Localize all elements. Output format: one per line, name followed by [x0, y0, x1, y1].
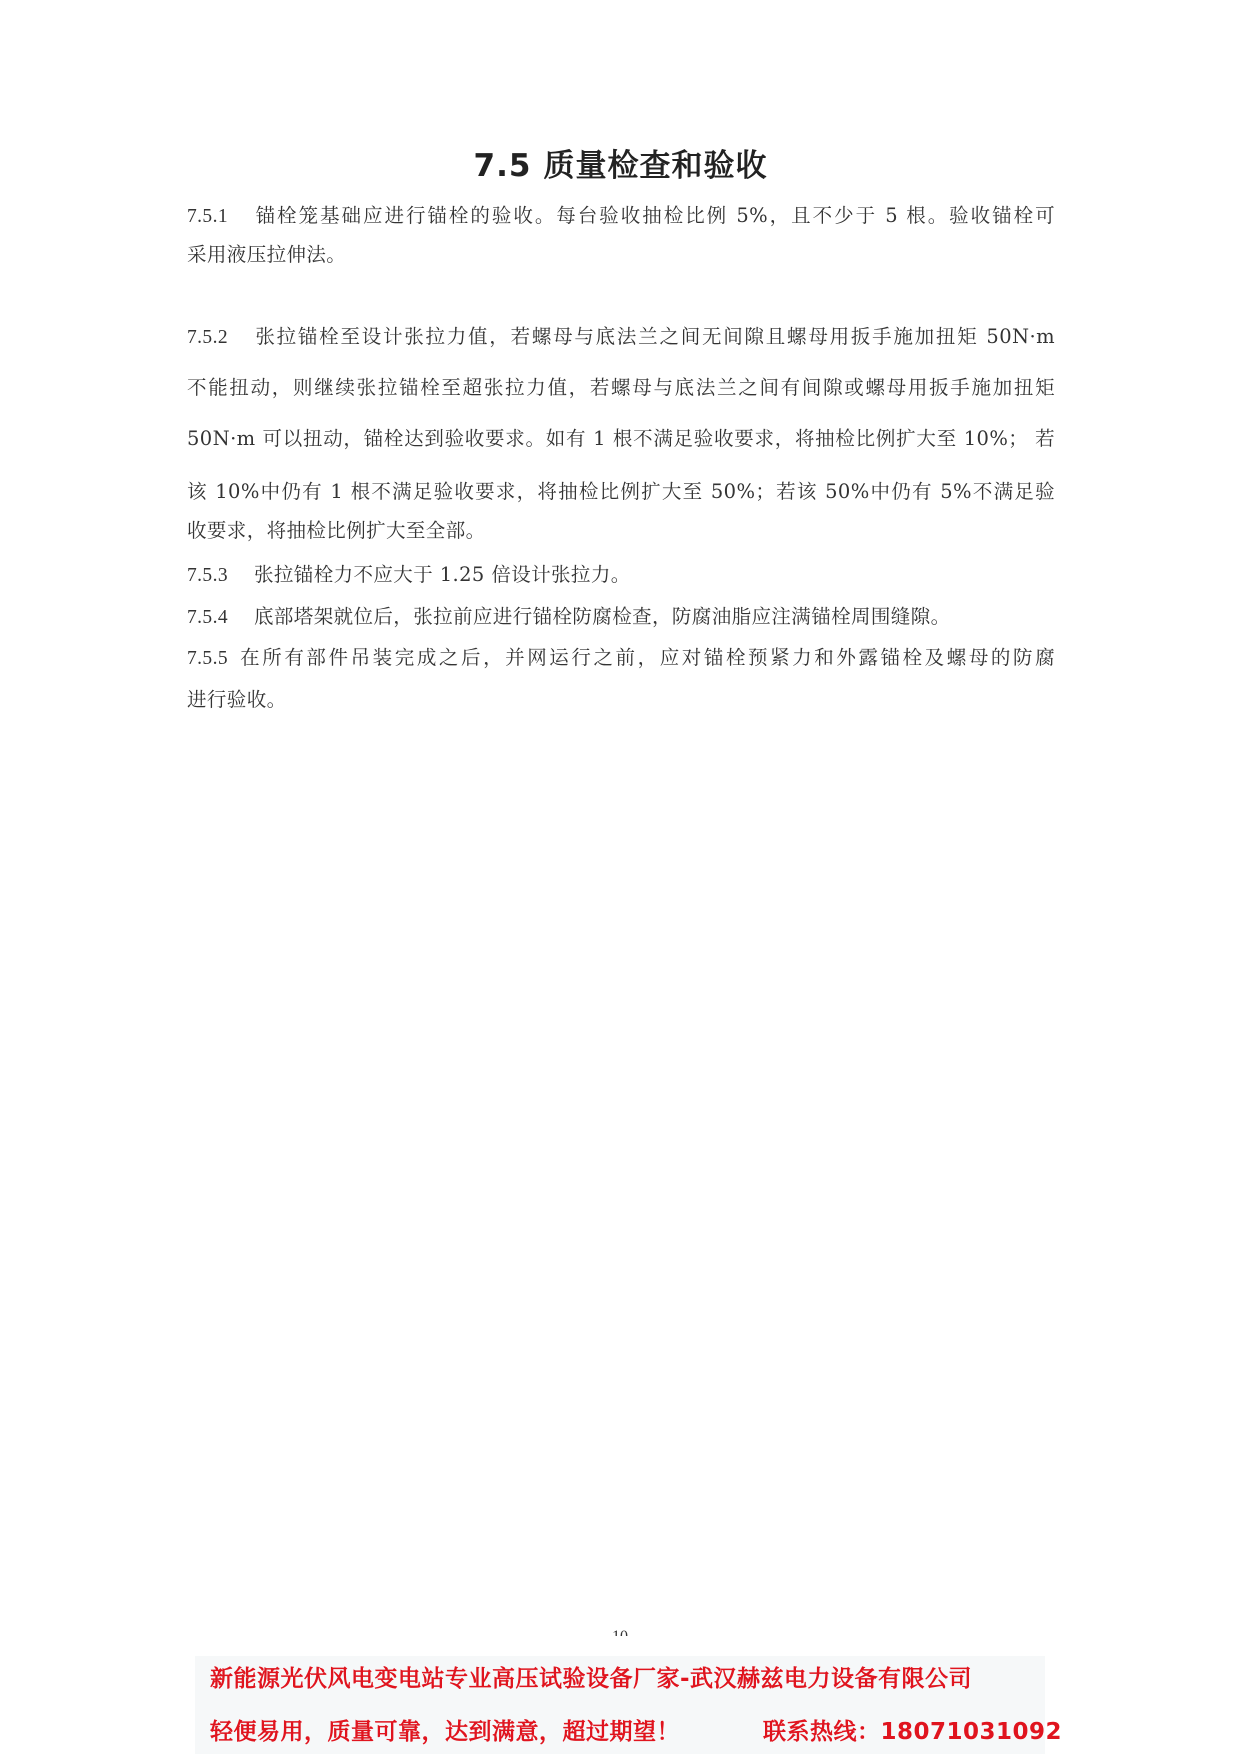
clause-7-5-5-line-1: 7.5.5在所有部件吊装完成之后，并网运行之前，应对锚栓预紧力和外露锚栓及螺母的…: [187, 643, 1055, 673]
clause-7-5-3-line-1: 7.5.3张拉锚栓力不应大于 1.25 倍设计张拉力。: [187, 560, 631, 590]
clause-7-5-2-line-3: 50N·m 可以扭动，锚栓达到验收要求。如有 1 根不满足验收要求，将抽检比例扩…: [187, 424, 1055, 454]
clause-text: 底部塔架就位后，张拉前应进行锚栓防腐检查，防腐油脂应注满锚栓周围缝隙。: [254, 605, 951, 628]
clause-7-5-2-line-2: 不能扭动，则继续张拉锚栓至超张拉力值，若螺母与底法兰之间有间隙或螺母用扳手施加扭…: [187, 373, 1055, 403]
section-title: 7.5质量检查和验收: [0, 146, 1241, 186]
clause-number: 7.5.4: [187, 603, 228, 633]
footer-hotline: 联系热线：18071031092: [763, 1713, 1062, 1746]
section-number: 7.5: [474, 148, 532, 184]
clause-text: 锚栓笼基础应进行锚栓的验收。每台验收抽检比例 5%，且不少于 5 根。验收锚栓可: [254, 204, 1055, 227]
clause-text: 进行验收。: [187, 688, 287, 711]
clause-text: 收要求，将抽检比例扩大至全部。: [187, 519, 486, 542]
clause-7-5-2-line-1: 7.5.2张拉锚栓至设计张拉力值，若螺母与底法兰之间无间隙且螺母用扳手施加扭矩 …: [187, 322, 1055, 352]
clause-number: 7.5.5: [187, 644, 228, 674]
clause-7-5-2-line-5: 收要求，将抽检比例扩大至全部。: [187, 516, 486, 546]
footer-slogan: 轻便易用，质量可靠，达到满意，超过期望！: [210, 1719, 680, 1745]
clause-7-5-4-line-1: 7.5.4底部塔架就位后，张拉前应进行锚栓防腐检查，防腐油脂应注满锚栓周围缝隙。: [187, 602, 951, 632]
footer-slogan-line: 轻便易用，质量可靠，达到满意，超过期望！ 联系热线：18071031092: [210, 1713, 1030, 1746]
clause-7-5-1-line-1: 7.5.1锚栓笼基础应进行锚栓的验收。每台验收抽检比例 5%，且不少于 5 根。…: [187, 201, 1055, 231]
clause-text: 50N·m 可以扭动，锚栓达到验收要求。如有 1 根不满足验收要求，将抽检比例扩…: [187, 427, 1055, 450]
clause-text: 不能扭动，则继续张拉锚栓至超张拉力值，若螺母与底法兰之间有间隙或螺母用扳手施加扭…: [187, 376, 1055, 399]
clause-text: 张拉锚栓力不应大于 1.25 倍设计张拉力。: [254, 563, 631, 586]
clause-7-5-1-line-2: 采用液压拉伸法。: [187, 240, 346, 270]
clause-text: 张拉锚栓至设计张拉力值，若螺母与底法兰之间无间隙且螺母用扳手施加扭矩 50N·m: [254, 325, 1055, 348]
page-number: 10: [600, 1626, 640, 1636]
clause-text: 在所有部件吊装完成之后，并网运行之前，应对锚栓预紧力和外露锚栓及螺母的防腐: [238, 646, 1055, 669]
clause-text: 该 10%中仍有 1 根不满足验收要求，将抽检比例扩大至 50%；若该 50%中…: [187, 480, 1055, 503]
clause-number: 7.5.2: [187, 323, 228, 353]
clause-number: 7.5.1: [187, 202, 228, 232]
clause-7-5-2-line-4: 该 10%中仍有 1 根不满足验收要求，将抽检比例扩大至 50%；若该 50%中…: [187, 477, 1055, 507]
section-title-text: 质量检查和验收: [543, 148, 767, 184]
clause-number: 7.5.3: [187, 561, 228, 591]
clause-text: 采用液压拉伸法。: [187, 243, 346, 266]
clause-7-5-5-line-2: 进行验收。: [187, 685, 287, 715]
footer-company-line: 新能源光伏风电变电站专业高压试验设备厂家-武汉赫兹电力设备有限公司: [210, 1660, 972, 1693]
